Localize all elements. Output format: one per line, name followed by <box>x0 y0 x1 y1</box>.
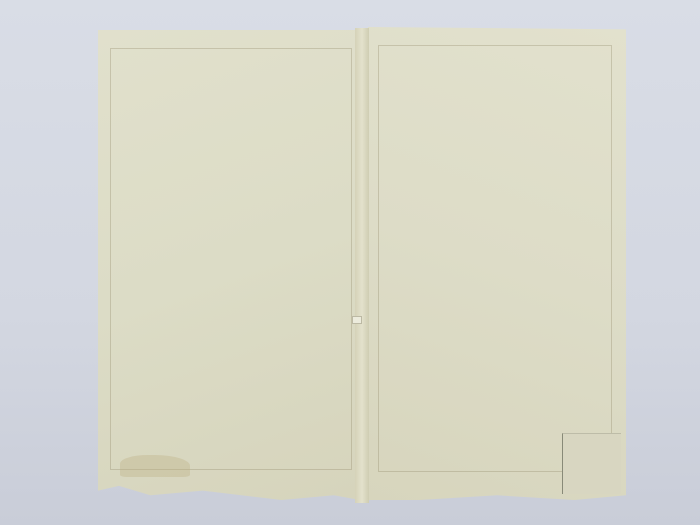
paper-repair-patch <box>562 433 621 494</box>
plate-mark-left <box>110 48 352 470</box>
plate-mark-right <box>378 45 612 472</box>
center-fold <box>355 28 369 503</box>
hinge-tab <box>352 316 362 324</box>
water-stain <box>120 455 190 477</box>
